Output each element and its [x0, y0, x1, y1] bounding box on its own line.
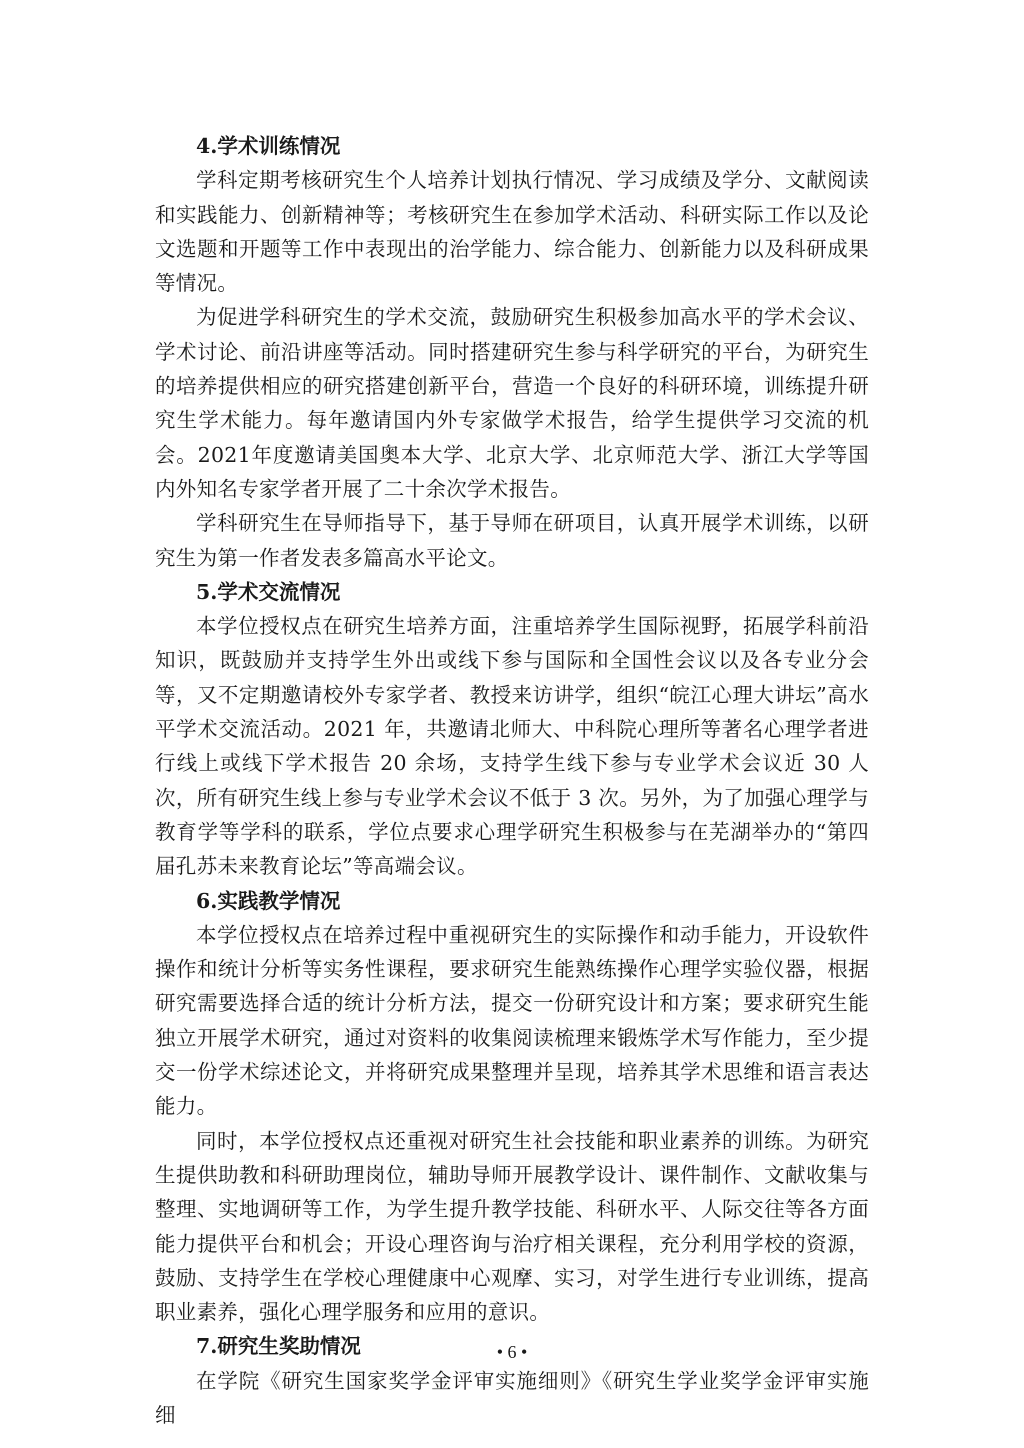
- paragraph: 本学位授权点在培养过程中重视研究生的实际操作和动手能力，开设软件操作和统计分析等…: [155, 918, 869, 1124]
- section-practical-teaching: 6.实践教学情况 本学位授权点在培养过程中重视研究生的实际操作和动手能力，开设软…: [155, 884, 869, 1330]
- section-academic-training: 4.学术训练情况 学科定期考核研究生个人培养计划执行情况、学习成绩及学分、文献阅…: [155, 129, 869, 575]
- paragraph: 为促进学科研究生的学术交流，鼓励研究生积极参加高水平的学术会议、学术讨论、前沿讲…: [155, 300, 869, 506]
- section-academic-exchange: 5.学术交流情况 本学位授权点在研究生培养方面，注重培养学生国际视野，拓展学科前…: [155, 575, 869, 884]
- section-heading: 4.学术训练情况: [155, 129, 869, 163]
- paragraph: 学科定期考核研究生个人培养计划执行情况、学习成绩及学分、文献阅读和实践能力、创新…: [155, 163, 869, 300]
- paragraph: 本学位授权点在研究生培养方面，注重培养学生国际视野，拓展学科前沿知识，既鼓励并支…: [155, 609, 869, 883]
- paragraph: 学科研究生在导师指导下，基于导师在研项目，认真开展学术训练，以研究生为第一作者发…: [155, 506, 869, 575]
- section-heading: 5.学术交流情况: [155, 575, 869, 609]
- section-heading: 6.实践教学情况: [155, 884, 869, 918]
- page-number: • 6 •: [0, 1342, 1024, 1363]
- paragraph: 同时，本学位授权点还重视对研究生社会技能和职业素养的训练。为研究生提供助教和科研…: [155, 1124, 869, 1330]
- document-body: 4.学术训练情况 学科定期考核研究生个人培养计划执行情况、学习成绩及学分、文献阅…: [155, 129, 869, 1432]
- paragraph: 在学院《研究生国家奖学金评审实施细则》《研究生学业奖学金评审实施细: [155, 1364, 869, 1433]
